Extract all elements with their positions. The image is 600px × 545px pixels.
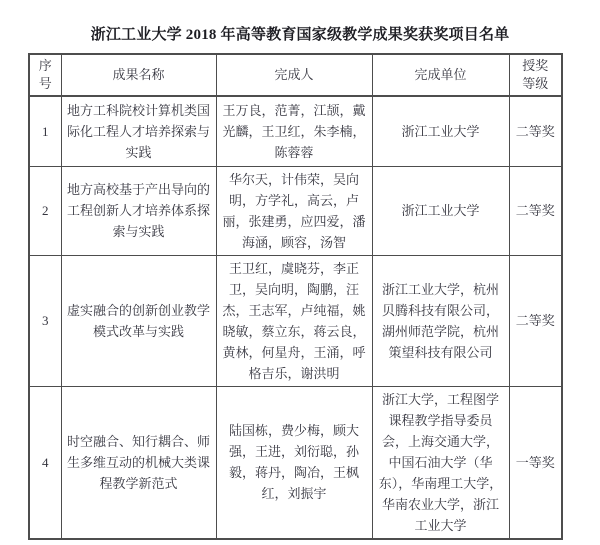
cell-seq: 4 bbox=[29, 386, 61, 539]
cell-achievement-name: 时空融合、知行耦合、师生多维互动的机械大类课程教学新范式 bbox=[61, 386, 216, 539]
column-header-org: 完成单位 bbox=[372, 54, 509, 96]
cell-award-grade: 一等奖 bbox=[509, 386, 562, 539]
cell-contributors: 陆国栋，费少梅，顾大强，王进，刘衍聪，孙毅，蒋丹，陶冶，王枫红，刘振宇 bbox=[216, 386, 372, 539]
cell-seq: 1 bbox=[29, 96, 61, 166]
cell-contributors: 王万良，范菁，江颉，戴光麟，王卫红，朱李楠，陈蓉蓉 bbox=[216, 96, 372, 166]
cell-seq: 3 bbox=[29, 255, 61, 386]
column-header-seq: 序 号 bbox=[29, 54, 61, 96]
cell-organizations: 浙江工业大学 bbox=[372, 166, 509, 255]
cell-contributors: 王卫红，虞晓芬，李正卫，吴向明，陶鹏，汪杰，王志军，卢纯福，姚晓敏，蔡立东，蒋云… bbox=[216, 255, 372, 386]
table-row: 4 时空融合、知行耦合、师生多维互动的机械大类课程教学新范式 陆国栋，费少梅，顾… bbox=[29, 386, 562, 539]
cell-achievement-name: 地方工科院校计算机类国际化工程人才培养探索与实践 bbox=[61, 96, 216, 166]
table-row: 3 虚实融合的创新创业教学模式改革与实践 王卫红，虞晓芬，李正卫，吴向明，陶鹏，… bbox=[29, 255, 562, 386]
page-title: 浙江工业大学 2018 年高等教育国家级教学成果奖获奖项目名单 bbox=[0, 23, 600, 44]
cell-achievement-name: 地方高校基于产出导向的工程创新人才培养体系探索与实践 bbox=[61, 166, 216, 255]
cell-achievement-name: 虚实融合的创新创业教学模式改革与实践 bbox=[61, 255, 216, 386]
column-header-award: 授奖 等级 bbox=[509, 54, 562, 96]
awards-table: 序 号 成果名称 完成人 完成单位 授奖 等级 1 地方工科院校计算机类国际化工… bbox=[28, 53, 563, 540]
cell-organizations: 浙江工业大学 bbox=[372, 96, 509, 166]
cell-organizations: 浙江工业大学，杭州贝腾科技有限公司，湖州师范学院，杭州策望科技有限公司 bbox=[372, 255, 509, 386]
cell-contributors: 华尔天，计伟荣，吴向明，方学礼，高云，卢丽，张建勇，应四爱，潘海涵，顾容，汤智 bbox=[216, 166, 372, 255]
table-row: 2 地方高校基于产出导向的工程创新人才培养体系探索与实践 华尔天，计伟荣，吴向明… bbox=[29, 166, 562, 255]
cell-award-grade: 二等奖 bbox=[509, 166, 562, 255]
cell-award-grade: 二等奖 bbox=[509, 255, 562, 386]
column-header-name: 成果名称 bbox=[61, 54, 216, 96]
cell-seq: 2 bbox=[29, 166, 61, 255]
cell-organizations: 浙江大学，工程图学课程教学指导委员会，上海交通大学，中国石油大学（华东），华南理… bbox=[372, 386, 509, 539]
document-page: 浙江工业大学 2018 年高等教育国家级教学成果奖获奖项目名单 序 号 成果名称… bbox=[0, 0, 600, 545]
table-header-row: 序 号 成果名称 完成人 完成单位 授奖 等级 bbox=[29, 54, 562, 96]
cell-award-grade: 二等奖 bbox=[509, 96, 562, 166]
column-header-people: 完成人 bbox=[216, 54, 372, 96]
table-row: 1 地方工科院校计算机类国际化工程人才培养探索与实践 王万良，范菁，江颉，戴光麟… bbox=[29, 96, 562, 166]
